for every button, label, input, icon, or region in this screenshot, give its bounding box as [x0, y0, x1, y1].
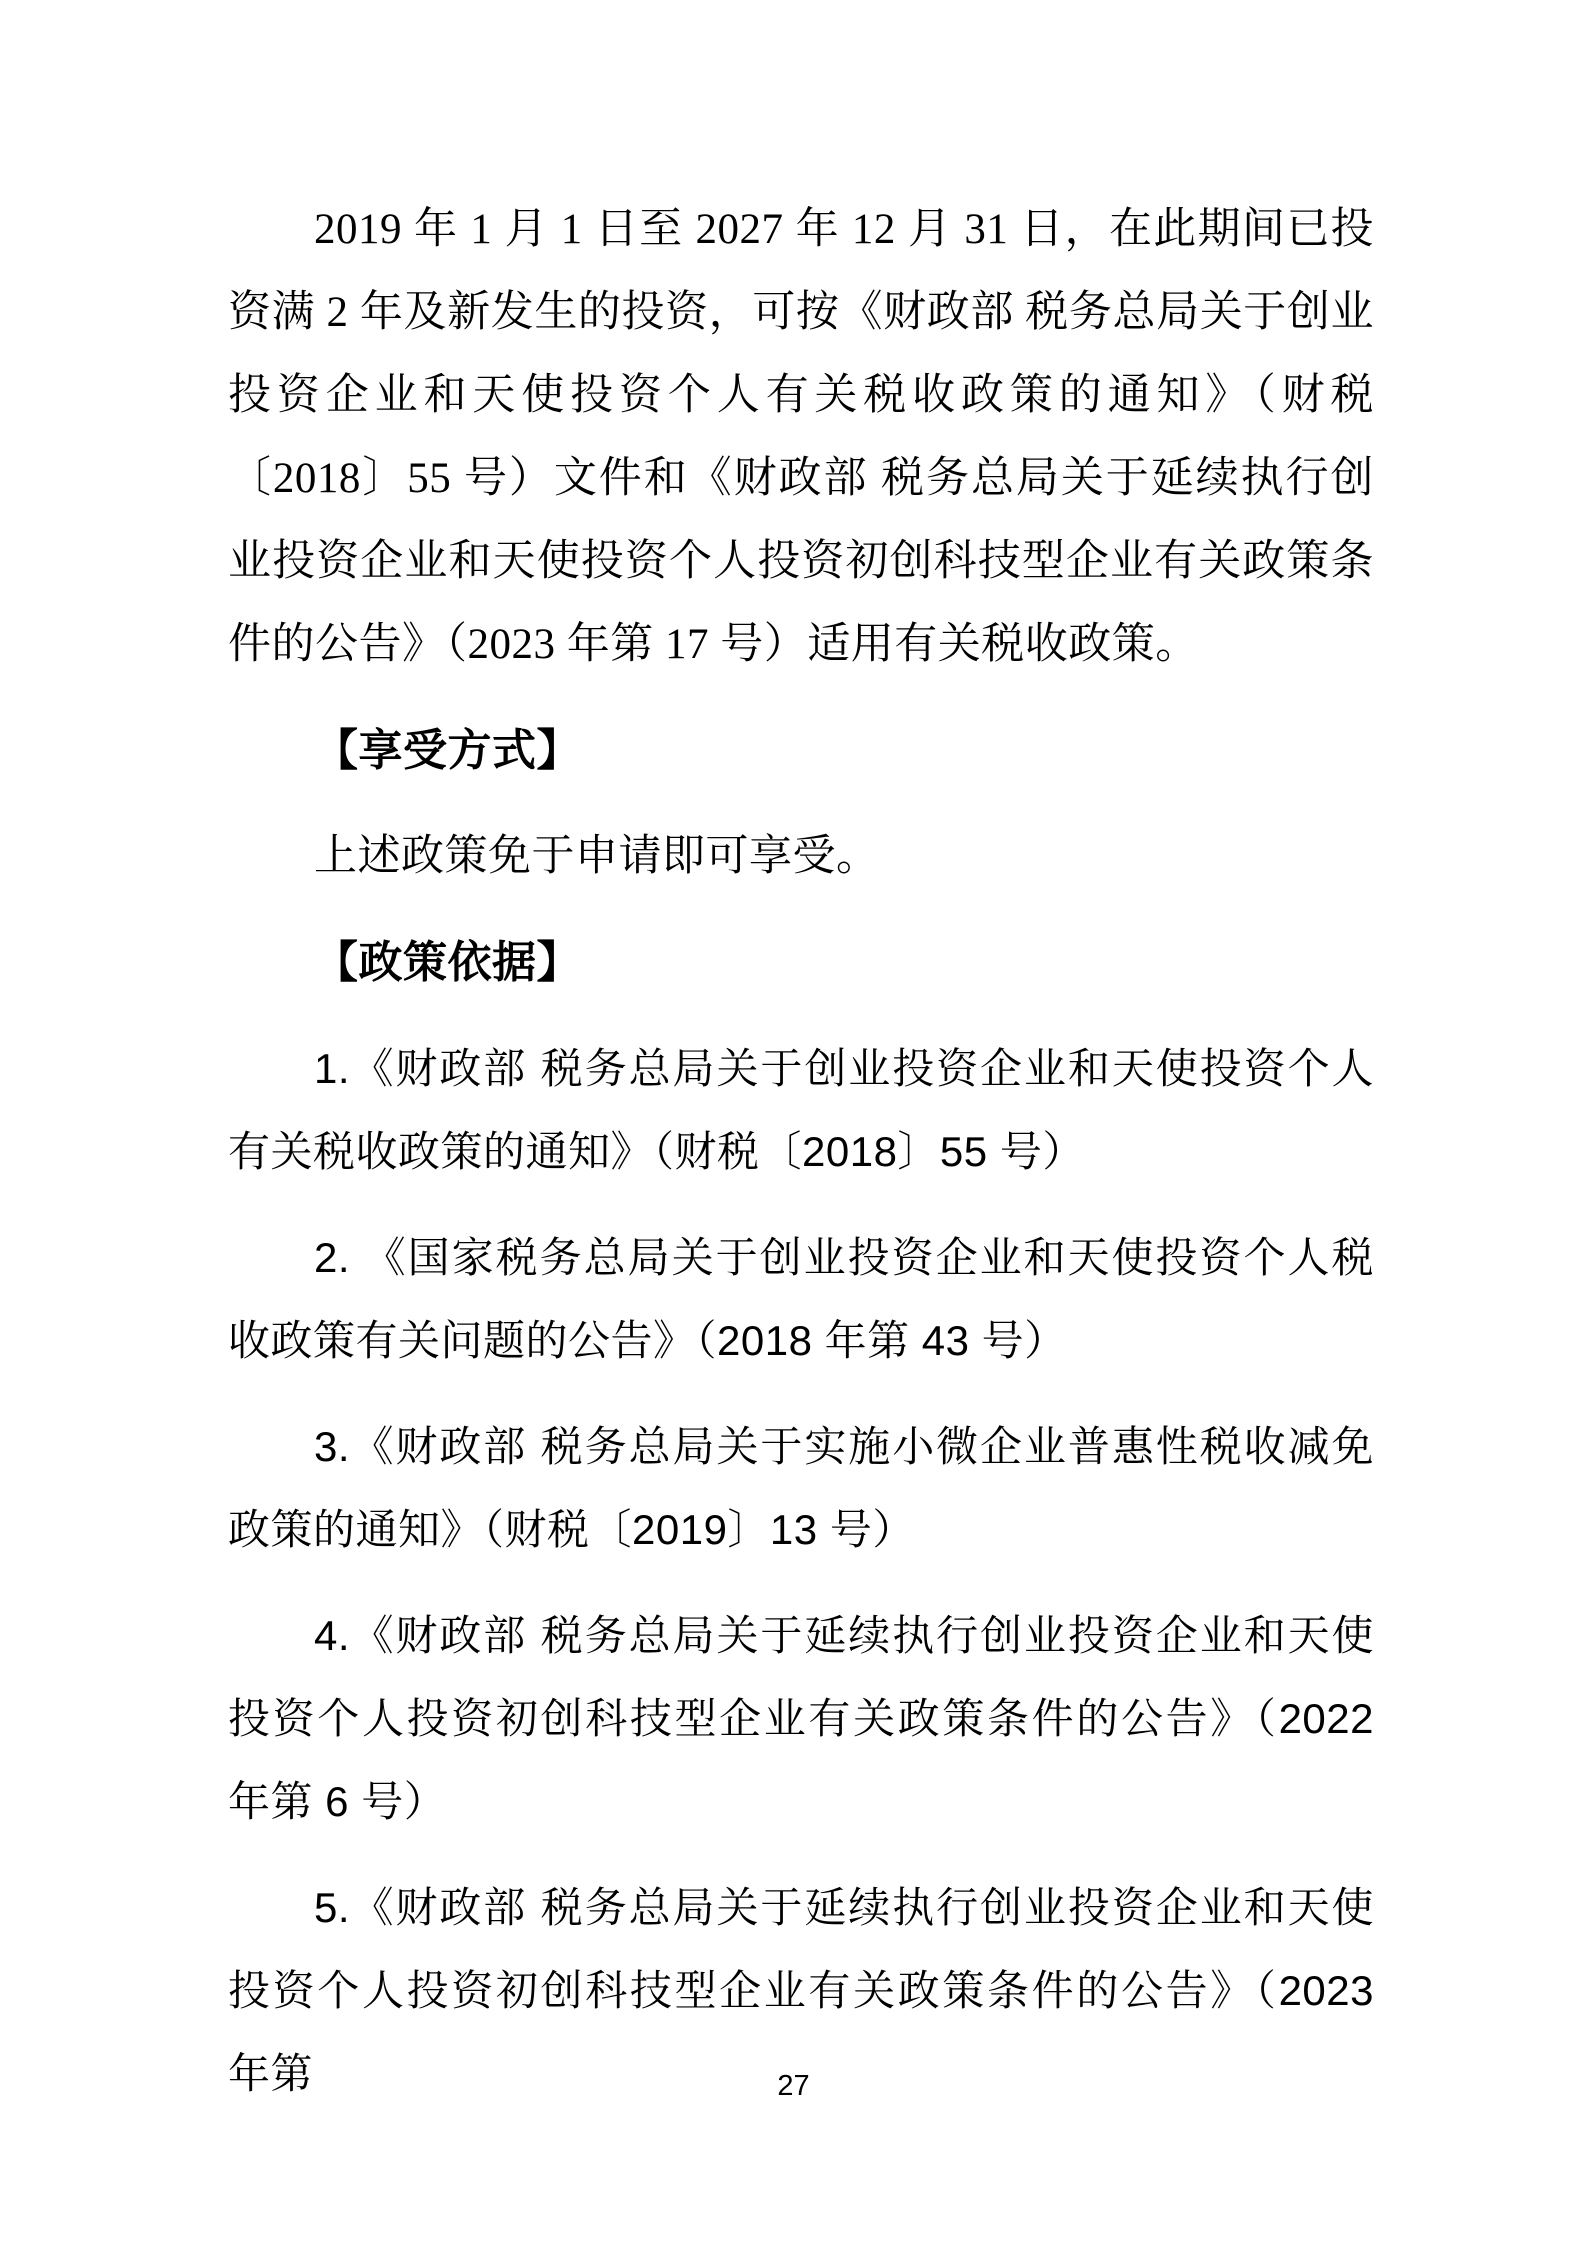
section-heading-enjoyment-method: 【享受方式】 [228, 709, 1374, 792]
document-page: 2019 年 1 月 1 日至 2027 年 12 月 31 日，在此期间已投资… [0, 0, 1587, 2245]
policy-basis-item-1: 1.《财政部 税务总局关于创业投资企业和天使投资个人有关税收政策的通知》（财税〔… [228, 1027, 1374, 1193]
policy-basis-item-2: 2. 《国家税务总局关于创业投资企业和天使投资个人税收政策有关问题的公告》（20… [228, 1216, 1374, 1382]
policy-basis-item-3: 3.《财政部 税务总局关于实施小微企业普惠性税收减免政策的通知》（财税〔2019… [228, 1405, 1374, 1571]
paragraph-investment-period-policy: 2019 年 1 月 1 日至 2027 年 12 月 31 日，在此期间已投资… [228, 188, 1374, 686]
section-heading-policy-basis: 【政策依据】 [228, 921, 1374, 1004]
policy-basis-item-4: 4.《财政部 税务总局关于延续执行创业投资企业和天使投资个人投资初创科技型企业有… [228, 1594, 1374, 1843]
paragraph-enjoyment-method: 上述政策免于申请即可享受。 [228, 815, 1374, 898]
page-number: 27 [0, 2068, 1587, 2104]
